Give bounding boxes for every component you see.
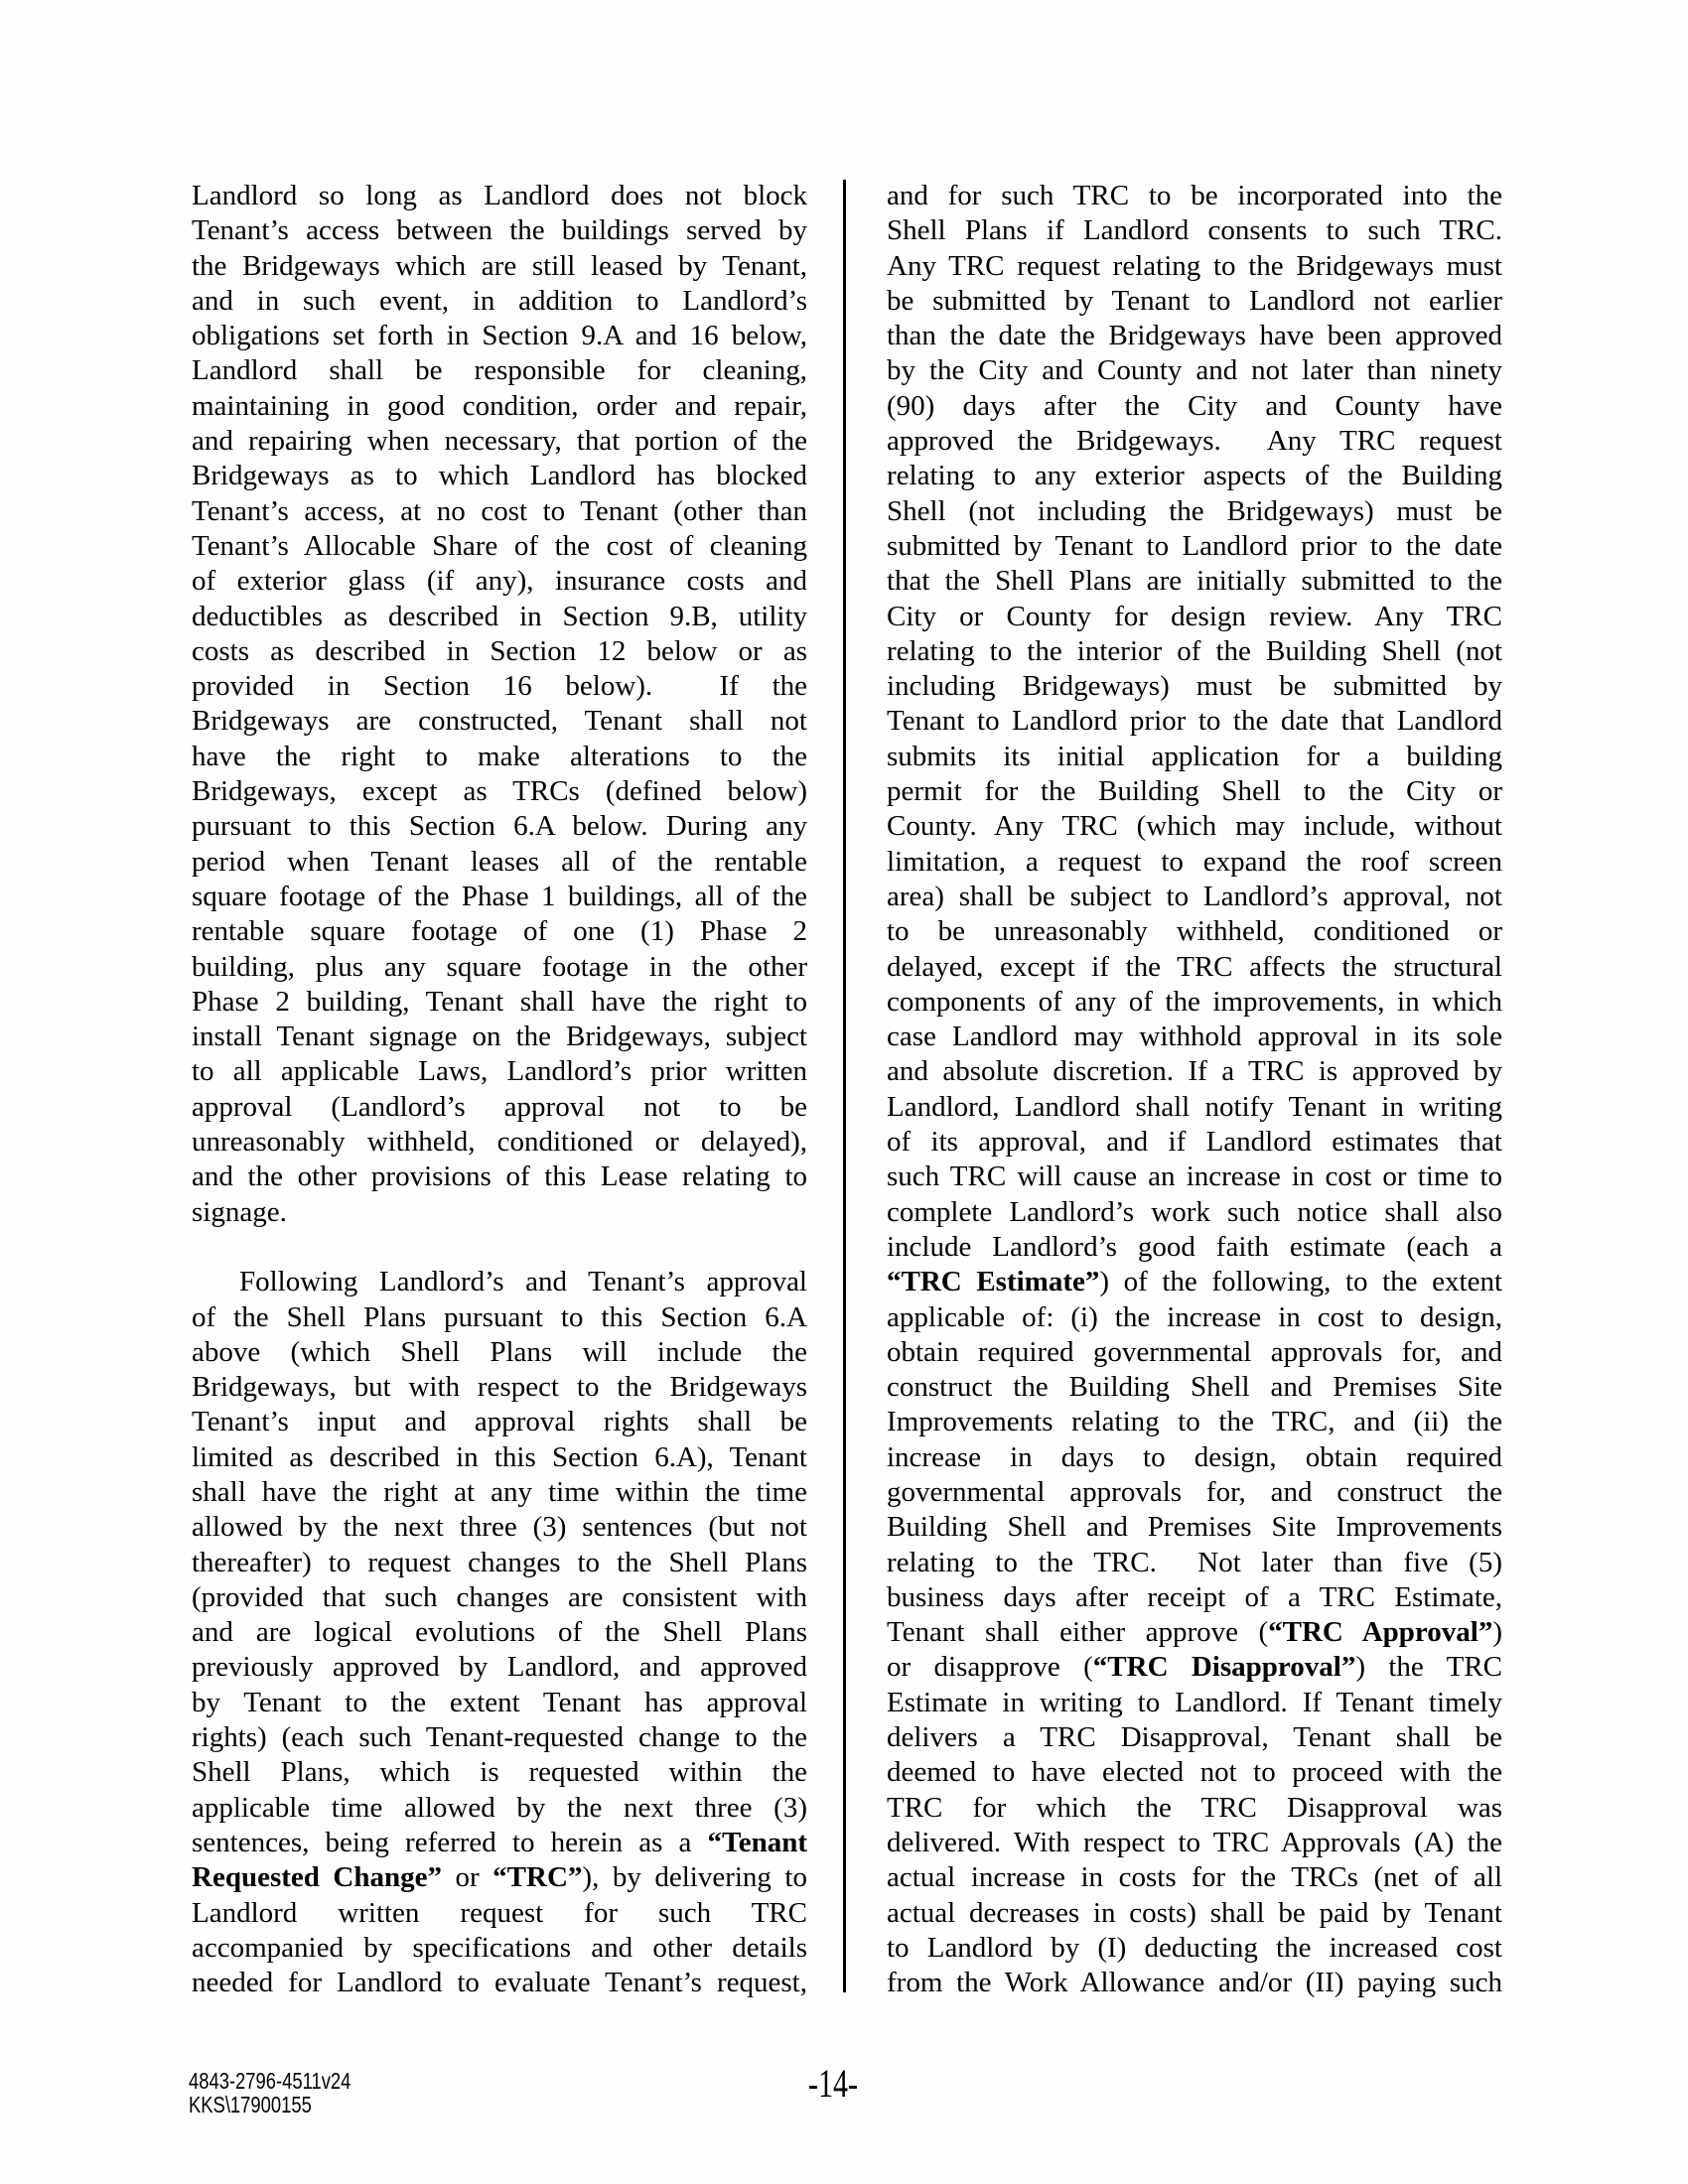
text-column-right: and for such TRC to be incorporated into… [887, 179, 1502, 2000]
text-line: and the other provisions of this Lease r… [192, 1160, 807, 1194]
text-line: Tenant’s input and approval rights shall… [192, 1405, 807, 1439]
text-line: square footage of the Phase 1 buildings,… [192, 880, 807, 914]
text-line: by the City and County and not later tha… [887, 353, 1502, 388]
text-line: the Bridgeways which are still leased by… [192, 249, 807, 284]
text-line: from the Work Allowance and/or (II) payi… [887, 1966, 1502, 2000]
text-line: Any TRC request relating to the Bridgewa… [887, 249, 1502, 284]
text-line: to all applicable Laws, Landlord’s prior… [192, 1054, 807, 1089]
text-line: Shell (not including the Bridgeways) mus… [887, 494, 1502, 529]
text-line: pursuant to this Section 6.A below. Duri… [192, 809, 807, 844]
text-line: above (which Shell Plans will include th… [192, 1335, 807, 1370]
text-line: Bridgeways are constructed, Tenant shall… [192, 704, 807, 739]
text-line: components of any of the improvements, i… [887, 985, 1502, 1020]
text-line: of the Shell Plans pursuant to this Sect… [192, 1300, 807, 1335]
text-line: “TRC Estimate”) of the following, to the… [887, 1265, 1502, 1299]
text-line: (90) days after the City and County have [887, 389, 1502, 424]
text-line: rights) (each such Tenant-requested chan… [192, 1720, 807, 1755]
text-line: permit for the Building Shell to the Cit… [887, 774, 1502, 809]
text-line: actual increase in costs for the TRCs (n… [887, 1860, 1502, 1895]
text-line: install Tenant signage on the Bridgeways… [192, 1020, 807, 1054]
page-number: -14- [808, 2064, 858, 2104]
text-line: Estimate in writing to Landlord. If Tena… [887, 1686, 1502, 1720]
text-line: County. Any TRC (which may include, with… [887, 809, 1502, 844]
text-line: delivers a TRC Disapproval, Tenant shall… [887, 1720, 1502, 1755]
text-line: relating to any exterior aspects of the … [887, 459, 1502, 493]
text-line: Landlord written request for such TRC [192, 1896, 807, 1931]
text-line: of its approval, and if Landlord estimat… [887, 1125, 1502, 1160]
text-line: Improvements relating to the TRC, and (i… [887, 1405, 1502, 1439]
text-line: Tenant shall either approve (“TRC Approv… [887, 1615, 1502, 1650]
text-line: shall have the right at any time within … [192, 1475, 807, 1510]
text-line: to Landlord by (I) deducting the increas… [887, 1931, 1502, 1966]
text-line: building, plus any square footage in the… [192, 950, 807, 985]
text-line: construct the Building Shell and Premise… [887, 1370, 1502, 1405]
text-line: Tenant’s Allocable Share of the cost of … [192, 529, 807, 564]
text-line: delayed, except if the TRC affects the s… [887, 950, 1502, 985]
text-line: accompanied by specifications and other … [192, 1931, 807, 1966]
text-line: Phase 2 building, Tenant shall have the … [192, 985, 807, 1020]
text-line: be submitted by Tenant to Landlord not e… [887, 284, 1502, 319]
text-line: Following Landlord’s and Tenant’s approv… [192, 1265, 807, 1299]
text-line: submits its initial application for a bu… [887, 740, 1502, 774]
text-line: applicable time allowed by the next thre… [192, 1791, 807, 1826]
text-line: governmental approvals for, and construc… [887, 1475, 1502, 1510]
text-line: to be unreasonably withheld, conditioned… [887, 914, 1502, 949]
text-line: Tenant’s access, at no cost to Tenant (o… [192, 494, 807, 529]
text-line: including Bridgeways) must be submitted … [887, 669, 1502, 704]
text-line: deductibles as described in Section 9.B,… [192, 600, 807, 634]
text-line: Tenant to Landlord prior to the date tha… [887, 704, 1502, 739]
text-line: area) shall be subject to Landlord’s app… [887, 880, 1502, 914]
text-line: and are logical evolutions of the Shell … [192, 1615, 807, 1650]
text-line: provided in Section 16 below). If the [192, 669, 807, 704]
paragraph: Following Landlord’s and Tenant’s approv… [192, 1265, 807, 2000]
text-line: Bridgeways, but with respect to the Brid… [192, 1370, 807, 1405]
text-line: costs as described in Section 12 below o… [192, 634, 807, 669]
text-line: (provided that such changes are consiste… [192, 1580, 807, 1615]
text-line: complete Landlord’s work such notice sha… [887, 1195, 1502, 1230]
text-line: Bridgeways, except as TRCs (defined belo… [192, 774, 807, 809]
text-line: TRC for which the TRC Disapproval was [887, 1791, 1502, 1826]
text-line: relating to the interior of the Building… [887, 634, 1502, 669]
text-line: approved the Bridgeways. Any TRC request [887, 424, 1502, 459]
text-line: thereafter) to request changes to the Sh… [192, 1546, 807, 1580]
text-line: limited as described in this Section 6.A… [192, 1440, 807, 1475]
text-line: and in such event, in addition to Landlo… [192, 284, 807, 319]
text-line: City or County for design review. Any TR… [887, 600, 1502, 634]
text-line: Landlord, Landlord shall notify Tenant i… [887, 1090, 1502, 1125]
text-line: Tenant’s access between the buildings se… [192, 213, 807, 248]
text-line: by Tenant to the extent Tenant has appro… [192, 1686, 807, 1720]
text-line: Shell Plans if Landlord consents to such… [887, 213, 1502, 248]
text-line: applicable of: (i) the increase in cost … [887, 1300, 1502, 1335]
text-line: Bridgeways as to which Landlord has bloc… [192, 459, 807, 493]
doc-control-number: 4843-2796-4511v24 [189, 2069, 351, 2093]
text-line: have the right to make alterations to th… [192, 740, 807, 774]
text-line: deemed to have elected not to proceed wi… [887, 1755, 1502, 1790]
text-line: needed for Landlord to evaluate Tenant’s… [192, 1966, 807, 2000]
text-line: of exterior glass (if any), insurance co… [192, 564, 807, 599]
text-line: obligations set forth in Section 9.A and… [192, 319, 807, 353]
paragraph: and for such TRC to be incorporated into… [887, 179, 1502, 2000]
text-line: maintaining in good condition, order and… [192, 389, 807, 424]
text-line: business days after receipt of a TRC Est… [887, 1580, 1502, 1615]
text-column-left: Landlord so long as Landlord does not bl… [192, 179, 807, 2000]
text-line: Building Shell and Premises Site Improve… [887, 1510, 1502, 1545]
text-line: and for such TRC to be incorporated into… [887, 179, 1502, 213]
text-line: approval (Landlord’s approval not to be [192, 1090, 807, 1125]
text-line: signage. [192, 1195, 807, 1230]
document-page: Landlord so long as Landlord does not bl… [0, 0, 1688, 2184]
text-line: previously approved by Landlord, and app… [192, 1650, 807, 1685]
text-line: sentences, being referred to herein as a… [192, 1826, 807, 1860]
text-line: limitation, a request to expand the roof… [887, 845, 1502, 880]
column-divider-line [843, 180, 846, 1992]
text-line: such TRC will cause an increase in cost … [887, 1160, 1502, 1194]
text-line: unreasonably withheld, conditioned or de… [192, 1125, 807, 1160]
text-line: rentable square footage of one (1) Phase… [192, 914, 807, 949]
text-line: and absolute discretion. If a TRC is app… [887, 1054, 1502, 1089]
text-line: delivered. With respect to TRC Approvals… [887, 1826, 1502, 1860]
text-line: Requested Change” or “TRC”), by deliveri… [192, 1860, 807, 1895]
text-line: increase in days to design, obtain requi… [887, 1440, 1502, 1475]
text-line: period when Tenant leases all of the ren… [192, 845, 807, 880]
text-line: case Landlord may withhold approval in i… [887, 1020, 1502, 1054]
text-line: Landlord shall be responsible for cleani… [192, 353, 807, 388]
text-line: Shell Plans, which is requested within t… [192, 1755, 807, 1790]
paragraph: Landlord so long as Landlord does not bl… [192, 179, 807, 1230]
text-line: relating to the TRC. Not later than five… [887, 1546, 1502, 1580]
text-line: obtain required governmental approvals f… [887, 1335, 1502, 1370]
text-line: and repairing when necessary, that porti… [192, 424, 807, 459]
doc-reference-number: KKS\17900155 [189, 2093, 351, 2116]
text-line: submitted by Tenant to Landlord prior to… [887, 529, 1502, 564]
text-line: allowed by the next three (3) sentences … [192, 1510, 807, 1545]
text-line: or disapprove (“TRC Disapproval”) the TR… [887, 1650, 1502, 1685]
document-id-stamp: 4843-2796-4511v24 KKS\17900155 [189, 2069, 351, 2116]
text-line: that the Shell Plans are initially submi… [887, 564, 1502, 599]
text-line: actual decreases in costs) shall be paid… [887, 1896, 1502, 1931]
text-line: Landlord so long as Landlord does not bl… [192, 179, 807, 213]
text-line: than the date the Bridgeways have been a… [887, 319, 1502, 353]
text-line: include Landlord’s good faith estimate (… [887, 1230, 1502, 1265]
